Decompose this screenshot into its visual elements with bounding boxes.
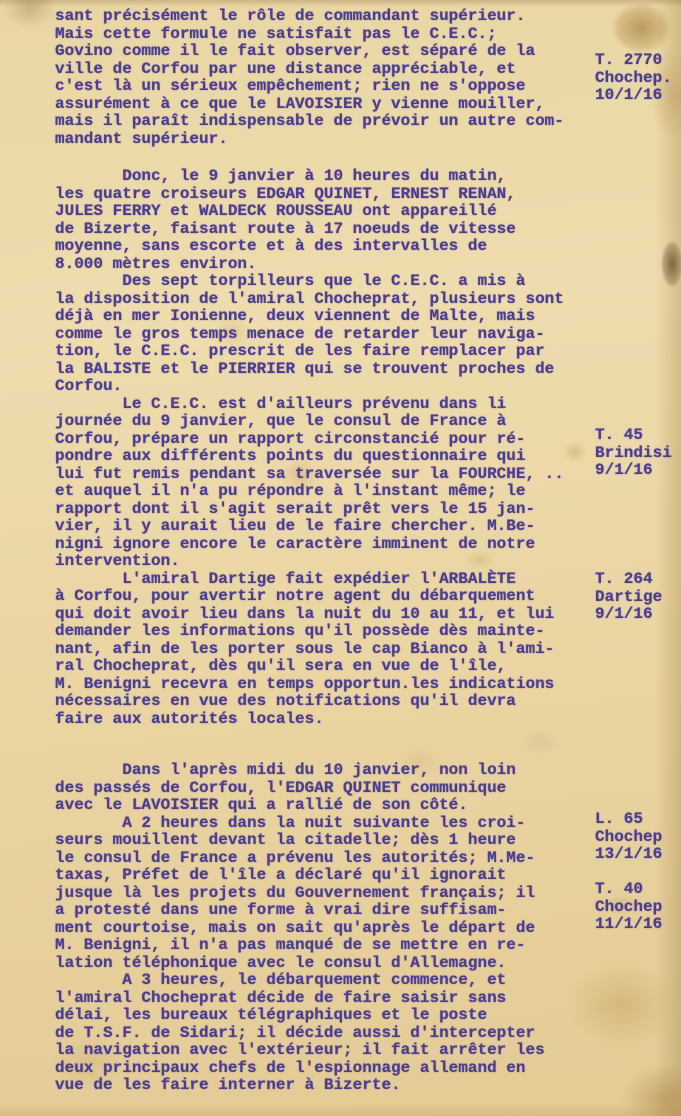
margin-note-telegram-264: T. 264 Dartige 9/1/16 — [595, 571, 662, 624]
paragraph-block-3: Dans l'après midi du 10 janvier, non loi… — [55, 762, 545, 1095]
document-page: sant précisément le rôle de commandant s… — [0, 0, 681, 1116]
paragraph-block-2: Donc, le 9 janvier à 10 heures du matin,… — [55, 168, 564, 728]
margin-note-telegram-45: T. 45 Brindisi 9/1/16 — [595, 427, 672, 480]
margin-note-letter-65: L. 65 Chochep 13/1/16 — [595, 811, 662, 864]
paragraph-block-1: sant précisément le rôle de commandant s… — [55, 8, 564, 148]
margin-note-telegram-40: T. 40 Chochep 11/1/16 — [595, 881, 662, 934]
margin-note-telegram-2770: T. 2770 Chochep. 10/1/16 — [595, 52, 672, 105]
